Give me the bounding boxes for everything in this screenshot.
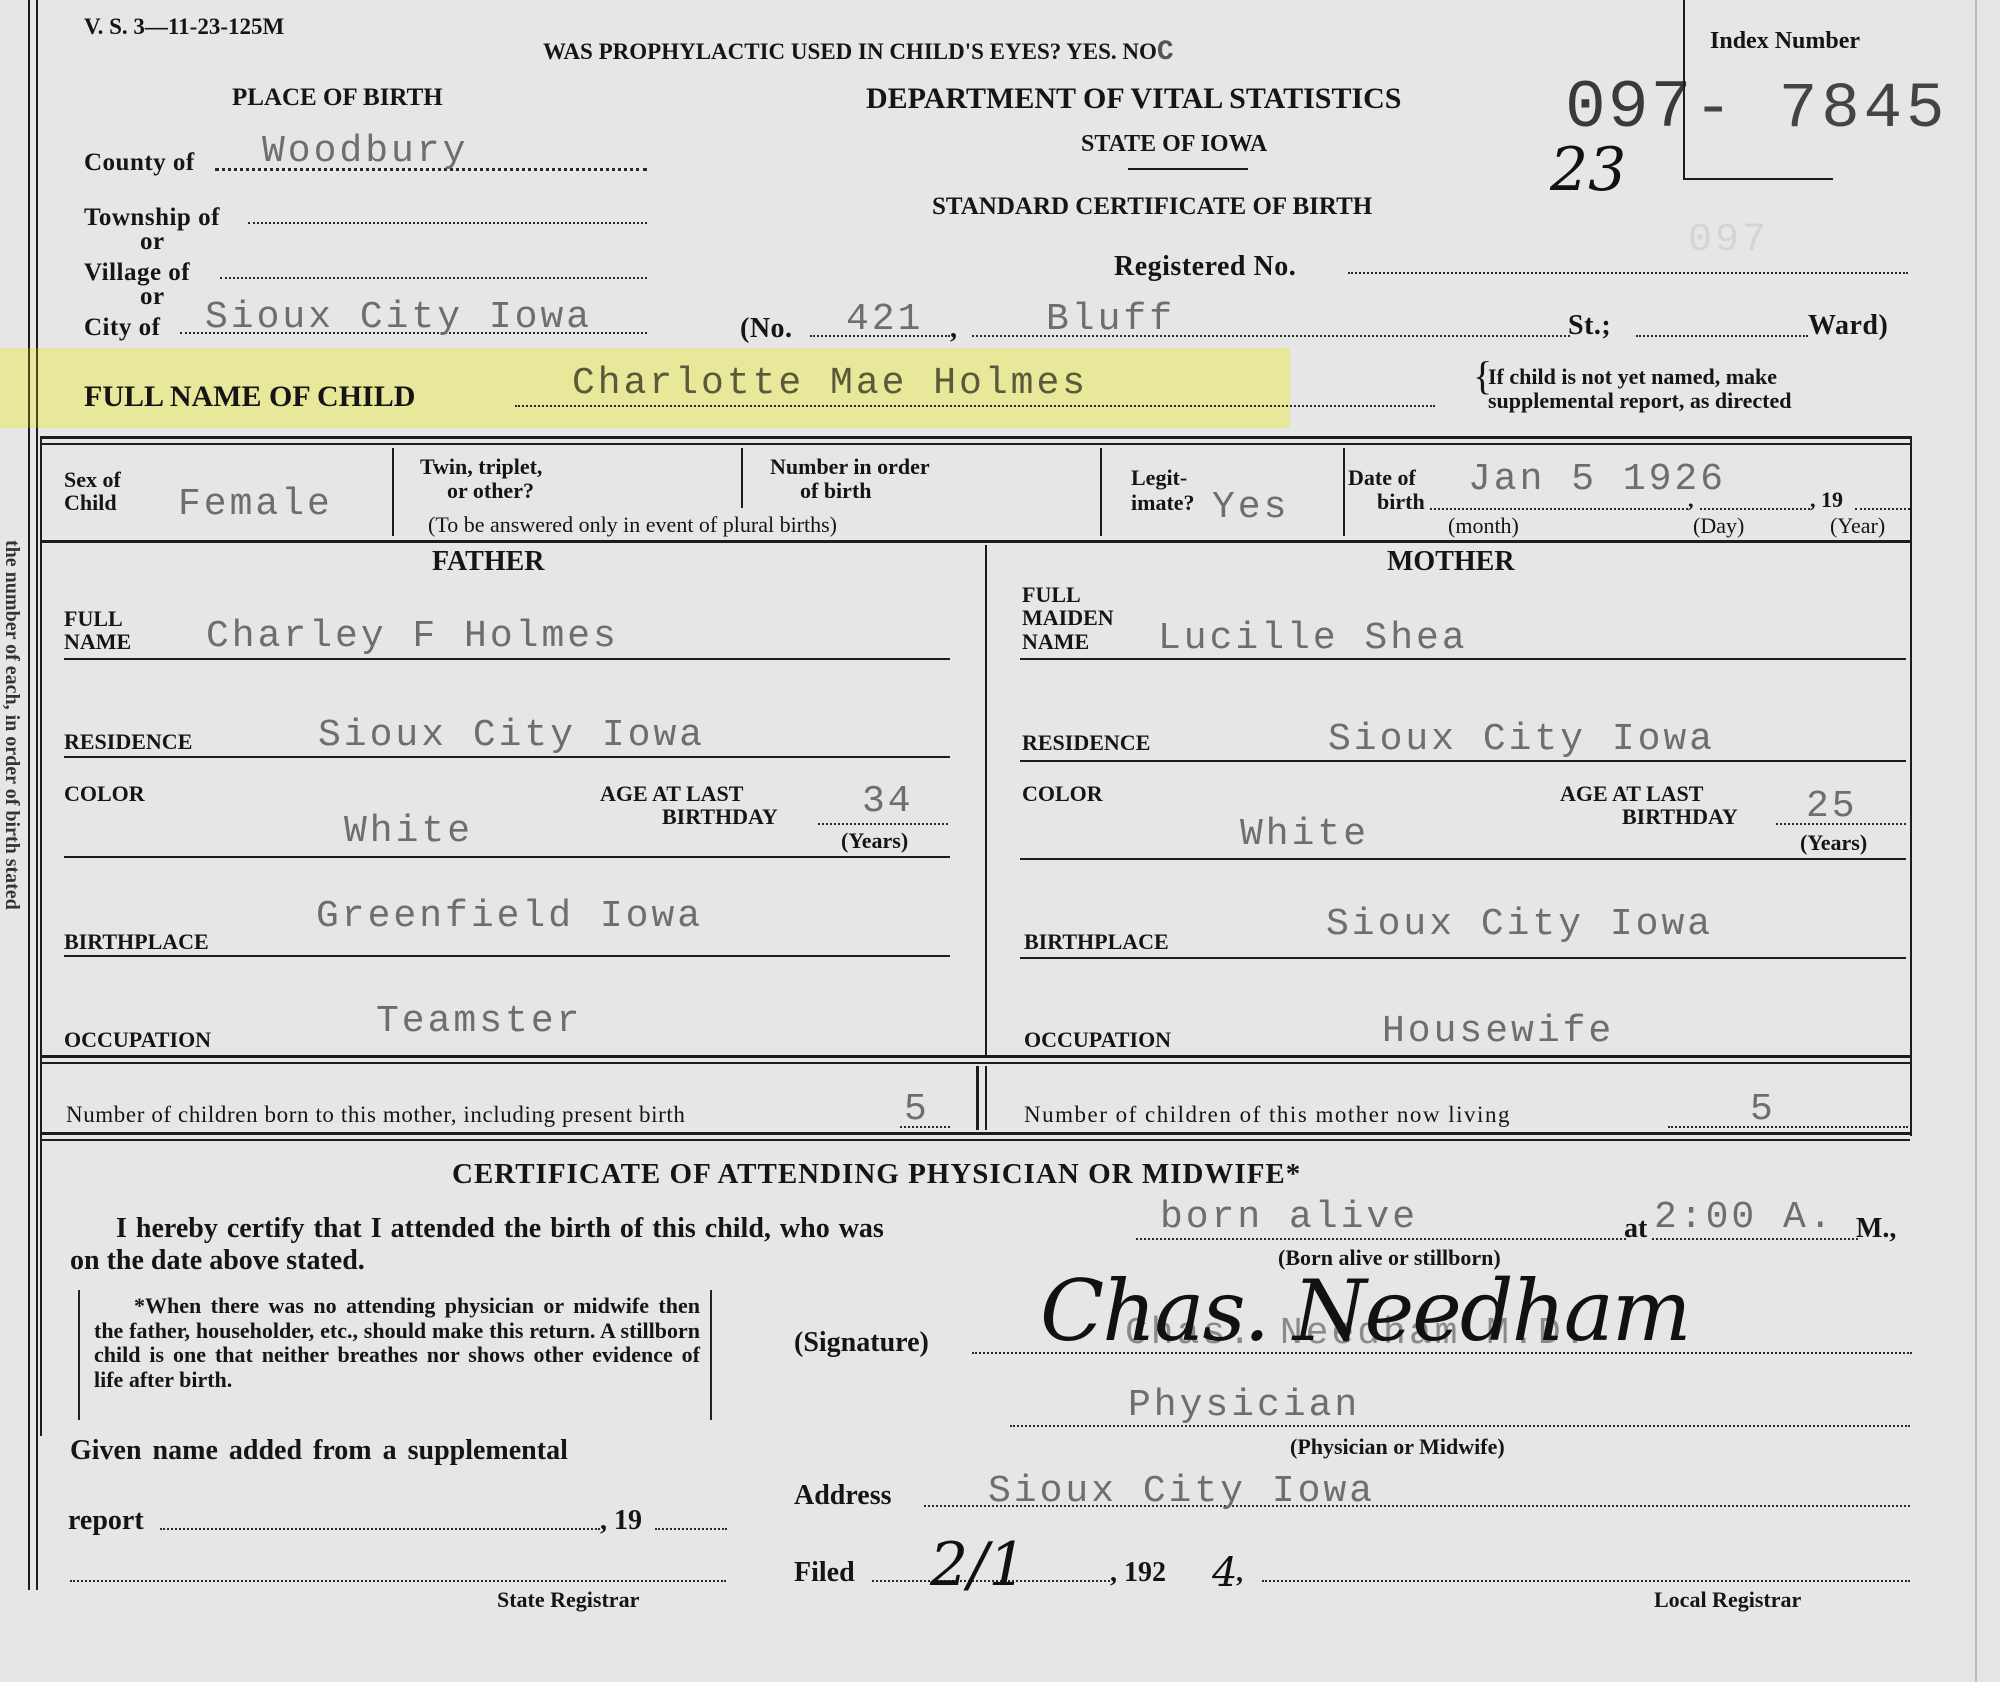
or-label-1: or bbox=[140, 228, 165, 256]
child-row-top-1 bbox=[40, 436, 1910, 439]
city-value[interactable]: Sioux City Iowa bbox=[205, 296, 592, 339]
dob-month-hint: (month) bbox=[1448, 514, 1519, 538]
father-age-label-2: BIRTHDAY bbox=[662, 805, 778, 829]
father-name-label-1: FULL bbox=[64, 607, 123, 631]
mother-name-label-2: MAIDEN bbox=[1022, 606, 1114, 630]
time-value[interactable]: 2:00 A. bbox=[1654, 1196, 1835, 1239]
child-row-top-2 bbox=[40, 443, 1910, 445]
born-status-value[interactable]: born alive bbox=[1160, 1196, 1418, 1239]
prophylactic-question-text: WAS PROPHYLACTIC USED IN CHILD'S EYES? Y… bbox=[543, 39, 1157, 64]
margin-note: the number of each, in order of birth st… bbox=[0, 540, 24, 910]
filed-value[interactable]: 2/1 bbox=[930, 1530, 1027, 1600]
department-title: DEPARTMENT OF VITAL STATISTICS bbox=[866, 82, 1401, 116]
mother-color-label: COLOR bbox=[1022, 782, 1103, 806]
sex-value[interactable]: Female bbox=[178, 483, 333, 526]
certify-text: I hereby certify that I attended the bir… bbox=[116, 1213, 884, 1245]
county-label: County of bbox=[84, 149, 195, 177]
address-value[interactable]: Sioux City Iowa bbox=[988, 1470, 1375, 1513]
mother-name-label-3: NAME bbox=[1022, 630, 1089, 654]
children-divider-1 bbox=[976, 1066, 979, 1130]
street-name[interactable]: Bluff bbox=[1046, 298, 1175, 341]
address-label: Address bbox=[794, 1480, 892, 1512]
at-label: at bbox=[1624, 1213, 1647, 1245]
child-name-value[interactable]: Charlotte Mae Holmes bbox=[572, 362, 1088, 405]
role-hint: (Physician or Midwife) bbox=[1290, 1435, 1505, 1459]
father-heading: FATHER bbox=[432, 546, 545, 578]
footnote-text: *When there was no attending physician o… bbox=[94, 1294, 700, 1392]
children-living-value[interactable]: 5 bbox=[1750, 1088, 1776, 1131]
dob-label-1: Date of bbox=[1348, 466, 1416, 490]
page-right-edge bbox=[1975, 0, 1977, 1682]
or-label-2: or bbox=[140, 283, 165, 311]
mother-birthplace-line bbox=[1020, 957, 1906, 959]
mother-name-label-1: FULL bbox=[1022, 583, 1081, 607]
index-box-bottom bbox=[1683, 178, 1833, 180]
child-row-bottom bbox=[40, 540, 1910, 543]
mother-age-value[interactable]: 25 bbox=[1806, 785, 1858, 828]
mother-color-value[interactable]: White bbox=[1240, 813, 1369, 856]
prophylactic-question: WAS PROPHYLACTIC USED IN CHILD'S EYES? Y… bbox=[543, 37, 1174, 68]
order-label-1: Number in order bbox=[770, 455, 930, 479]
registered-no-label: Registered No. bbox=[1114, 251, 1296, 283]
sex-label-2: Child bbox=[64, 491, 117, 515]
mother-color-line bbox=[1020, 858, 1906, 860]
dob-label-2: birth bbox=[1377, 490, 1425, 514]
father-color-value[interactable]: White bbox=[344, 810, 473, 853]
ward-line bbox=[1636, 335, 1808, 337]
place-of-birth-heading: PLACE OF BIRTH bbox=[232, 84, 443, 112]
twin-label-1: Twin, triplet, bbox=[420, 455, 542, 479]
signature-value[interactable]: Chas. Needham bbox=[1040, 1262, 1690, 1360]
child-name-line bbox=[515, 405, 1435, 407]
mother-occupation-value[interactable]: Housewife bbox=[1382, 1010, 1614, 1053]
dob-year-line bbox=[1855, 508, 1910, 510]
local-registrar-label: Local Registrar bbox=[1654, 1588, 1801, 1612]
date-stated: on the date above stated. bbox=[70, 1245, 365, 1277]
form-code: V. S. 3—11-23-125M bbox=[84, 14, 284, 40]
father-residence-line bbox=[64, 756, 950, 758]
township-line bbox=[248, 222, 647, 224]
dob-day-hint: (Day) bbox=[1693, 514, 1744, 538]
mother-age-label-2: BIRTHDAY bbox=[1622, 805, 1738, 829]
twin-label-2: or other? bbox=[447, 479, 534, 503]
child-name-label: FULL NAME OF CHILD bbox=[84, 380, 415, 414]
legit-label-2: imate? bbox=[1131, 491, 1195, 515]
state-underline bbox=[1128, 168, 1248, 170]
children-born-label: Number of children born to this mother, … bbox=[66, 1103, 685, 1127]
role-line bbox=[1010, 1425, 1910, 1427]
order-label-2: of birth bbox=[800, 479, 872, 503]
father-age-value[interactable]: 34 bbox=[862, 780, 914, 823]
city-label: City of bbox=[84, 314, 160, 342]
filed-year-prefix: , 192 bbox=[1110, 1557, 1166, 1589]
sex-label-1: Sex of bbox=[64, 468, 121, 492]
prophylactic-mark: C bbox=[1157, 37, 1174, 68]
parents-divider bbox=[985, 545, 987, 1055]
father-age-line bbox=[818, 823, 948, 825]
father-residence-value[interactable]: Sioux City Iowa bbox=[318, 714, 705, 757]
handwritten-number: 23 bbox=[1550, 135, 1626, 205]
children-row-top-2 bbox=[40, 1062, 1910, 1064]
children-living-line bbox=[1668, 1126, 1908, 1128]
plural-note: (To be answered only in event of plural … bbox=[428, 513, 837, 537]
street-no-label: (No. bbox=[740, 313, 793, 345]
father-name-label-2: NAME bbox=[64, 630, 131, 654]
mother-name-value[interactable]: Lucille Shea bbox=[1158, 617, 1468, 660]
mother-residence-label: RESIDENCE bbox=[1022, 731, 1150, 755]
father-occupation-value[interactable]: Teamster bbox=[376, 1000, 582, 1043]
index-box-left bbox=[1683, 0, 1685, 178]
birth-certificate: the number of each, in order of birth st… bbox=[0, 0, 2000, 1682]
supplemental-line bbox=[160, 1528, 600, 1530]
father-age-unit: (Years) bbox=[841, 829, 908, 853]
local-registrar-line bbox=[1262, 1580, 1910, 1582]
certificate-title: STANDARD CERTIFICATE OF BIRTH bbox=[932, 193, 1372, 221]
left-margin-rule-over bbox=[28, 348, 30, 428]
mother-heading: MOTHER bbox=[1387, 546, 1515, 578]
mother-residence-line bbox=[1020, 760, 1906, 762]
village-line bbox=[220, 277, 647, 279]
father-birthplace-value[interactable]: Greenfield Iowa bbox=[316, 895, 703, 938]
divider-sex bbox=[392, 448, 394, 536]
filed-label: Filed bbox=[794, 1557, 855, 1589]
legit-label-1: Legit- bbox=[1131, 466, 1187, 490]
comma: , bbox=[950, 313, 958, 345]
certificate-heading: CERTIFICATE OF ATTENDING PHYSICIAN OR MI… bbox=[452, 1158, 1301, 1191]
mother-birthplace-value[interactable]: Sioux City Iowa bbox=[1326, 903, 1713, 946]
filed-year-digit[interactable]: 4 bbox=[1212, 1550, 1237, 1596]
index-number-label: Index Number bbox=[1710, 28, 1860, 55]
supplemental-year-line bbox=[655, 1528, 727, 1530]
mother-residence-value[interactable]: Sioux City Iowa bbox=[1328, 718, 1715, 761]
father-birthplace-line bbox=[64, 955, 950, 957]
faint-stamp: 097 bbox=[1688, 218, 1769, 263]
children-row-bottom-2 bbox=[40, 1139, 1910, 1141]
role-value[interactable]: Physician bbox=[1128, 1384, 1360, 1427]
father-age-label-1: AGE AT LAST bbox=[600, 782, 743, 806]
filed-comma: , bbox=[1236, 1557, 1243, 1589]
unnamed-note-2: supplemental report, as directed bbox=[1488, 389, 1792, 413]
left-margin-rule-over-inner bbox=[36, 348, 38, 428]
state-title: STATE OF IOWA bbox=[1081, 131, 1267, 158]
legitimate-value[interactable]: Yes bbox=[1212, 486, 1289, 529]
father-occupation-label: OCCUPATION bbox=[64, 1028, 211, 1052]
father-color-label: COLOR bbox=[64, 782, 145, 806]
father-name-line bbox=[64, 658, 950, 660]
street-number[interactable]: 421 bbox=[846, 298, 923, 341]
children-living-label: Number of children of this mother now li… bbox=[1024, 1103, 1511, 1127]
mother-occupation-label: OCCUPATION bbox=[1024, 1028, 1171, 1052]
right-frame bbox=[1910, 436, 1912, 1136]
registered-no-line bbox=[1348, 272, 1908, 274]
children-row-bottom-1 bbox=[40, 1132, 1910, 1135]
dob-year-hint: (Year) bbox=[1830, 514, 1885, 538]
father-birthplace-label: BIRTHPLACE bbox=[64, 930, 209, 954]
m-label: M., bbox=[1856, 1213, 1896, 1245]
mother-age-label-1: AGE AT LAST bbox=[1560, 782, 1703, 806]
dob-line bbox=[1430, 508, 1688, 510]
father-color-line bbox=[64, 856, 950, 858]
left-margin-rule-inner bbox=[36, 0, 38, 1590]
ward-label: Ward) bbox=[1808, 310, 1888, 342]
child-row-left bbox=[40, 436, 42, 1436]
father-name-value[interactable]: Charley F Holmes bbox=[206, 615, 619, 658]
divider-order bbox=[1100, 448, 1102, 536]
state-registrar-label: State Registrar bbox=[497, 1588, 639, 1612]
index-number-suffix: - 7845 bbox=[1694, 74, 1948, 146]
mother-name-line bbox=[1020, 658, 1906, 660]
county-value[interactable]: Woodbury bbox=[262, 130, 468, 173]
village-label: Village of bbox=[84, 259, 190, 287]
divider-legit bbox=[1343, 448, 1345, 536]
father-residence-label: RESIDENCE bbox=[64, 730, 192, 754]
street-label: St.; bbox=[1568, 310, 1611, 342]
children-divider-2 bbox=[985, 1066, 987, 1130]
dob-day-line bbox=[1700, 508, 1810, 510]
divider-twin bbox=[741, 448, 743, 508]
state-registrar-line bbox=[70, 1580, 726, 1582]
supplemental-label-1: Given name added from a supplemental bbox=[70, 1435, 568, 1467]
children-row-top-1 bbox=[40, 1055, 1910, 1058]
children-born-value[interactable]: 5 bbox=[904, 1088, 930, 1131]
dob-19: , 19 bbox=[1810, 488, 1843, 512]
mother-birthplace-label: BIRTHPLACE bbox=[1024, 930, 1169, 954]
left-margin-rule bbox=[28, 0, 30, 1590]
signature-label: (Signature) bbox=[794, 1327, 929, 1359]
unnamed-note-1: If child is not yet named, make bbox=[1488, 365, 1777, 389]
dob-comma: , bbox=[1688, 488, 1694, 512]
mother-age-unit: (Years) bbox=[1800, 831, 1867, 855]
supplemental-19: , 19 bbox=[600, 1505, 642, 1537]
supplemental-label-2: report bbox=[68, 1505, 144, 1537]
